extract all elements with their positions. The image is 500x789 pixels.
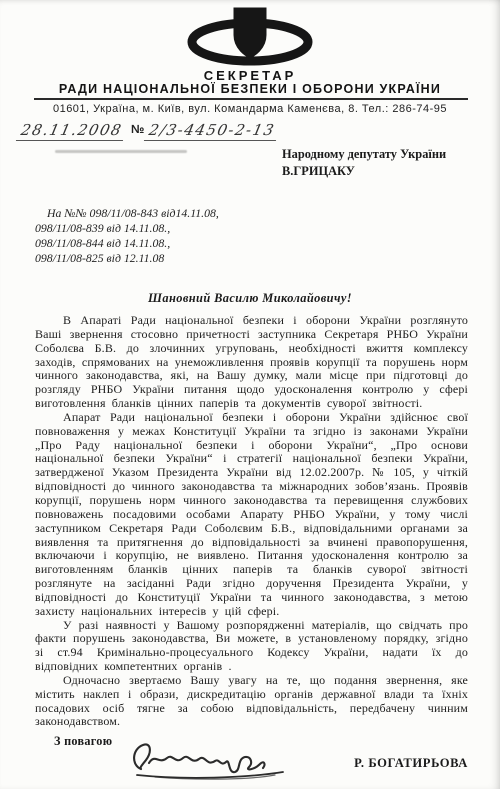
scan-smudge-line bbox=[55, 150, 187, 153]
handwritten-outgoing-number: 2/3-4450-2-13 bbox=[144, 121, 280, 141]
body-paragraph: Апарат Ради національної безпеки і оборо… bbox=[35, 411, 468, 619]
rnbo-emblem bbox=[0, 5, 500, 72]
letterhead-title-line1: СЕКРЕТАР bbox=[0, 68, 500, 83]
letterhead-title-line2: РАДИ НАЦІОНАЛЬНОЇ БЕЗПЕКИ І ОБОРОНИ УКРА… bbox=[0, 82, 500, 96]
reference-line: 098/11/08-839 від 14.11.08., bbox=[35, 221, 335, 236]
salutation: Шановний Василю Миколайовичу! bbox=[0, 291, 500, 306]
reference-block: На №№ 098/11/08-843 від14.11.08, 098/11/… bbox=[35, 206, 335, 266]
recipient-name: В.ГРИЦАКУ bbox=[282, 163, 446, 180]
closing-regards: З повагою bbox=[54, 734, 112, 749]
body-paragraph: У разі наявності у Вашому розпорядженні … bbox=[35, 619, 468, 674]
letter-body: В Апараті Ради національної безпеки і об… bbox=[35, 314, 468, 729]
letterhead-address: 01601, Україна, м. Київ, вул. Командарма… bbox=[0, 103, 500, 115]
scanned-letter-page: СЕКРЕТАР РАДИ НАЦІОНАЛЬНОЇ БЕЗПЕКИ І ОБО… bbox=[0, 0, 500, 789]
signer-name: Р. БОГАТИРЬОВА bbox=[354, 756, 468, 771]
number-sign: № bbox=[131, 122, 144, 136]
signature-handwritten bbox=[125, 737, 295, 787]
reference-line: 098/11/08-844 від 14.11.08., bbox=[35, 236, 335, 251]
handwritten-date: 28.11.2008 bbox=[16, 121, 127, 141]
reference-line: На №№ 098/11/08-843 від14.11.08, bbox=[35, 206, 335, 221]
shield-in-ellipse-icon bbox=[174, 5, 326, 67]
letterhead-divider bbox=[34, 98, 468, 100]
body-paragraph: Одночасно звертаємо Вашу увагу на те, що… bbox=[35, 674, 468, 729]
recipient-block: Народному депутату України В.ГРИЦАКУ bbox=[282, 146, 446, 179]
signature-icon bbox=[125, 737, 295, 782]
recipient-title: Народному депутату України bbox=[282, 146, 446, 163]
body-paragraph: В Апараті Ради національної безпеки і об… bbox=[35, 314, 468, 411]
reference-line: 098/11/08-825 від 12.11.08 bbox=[35, 251, 335, 266]
date-number-row: 28.11.2008№2/3-4450-2-13 bbox=[18, 121, 278, 141]
